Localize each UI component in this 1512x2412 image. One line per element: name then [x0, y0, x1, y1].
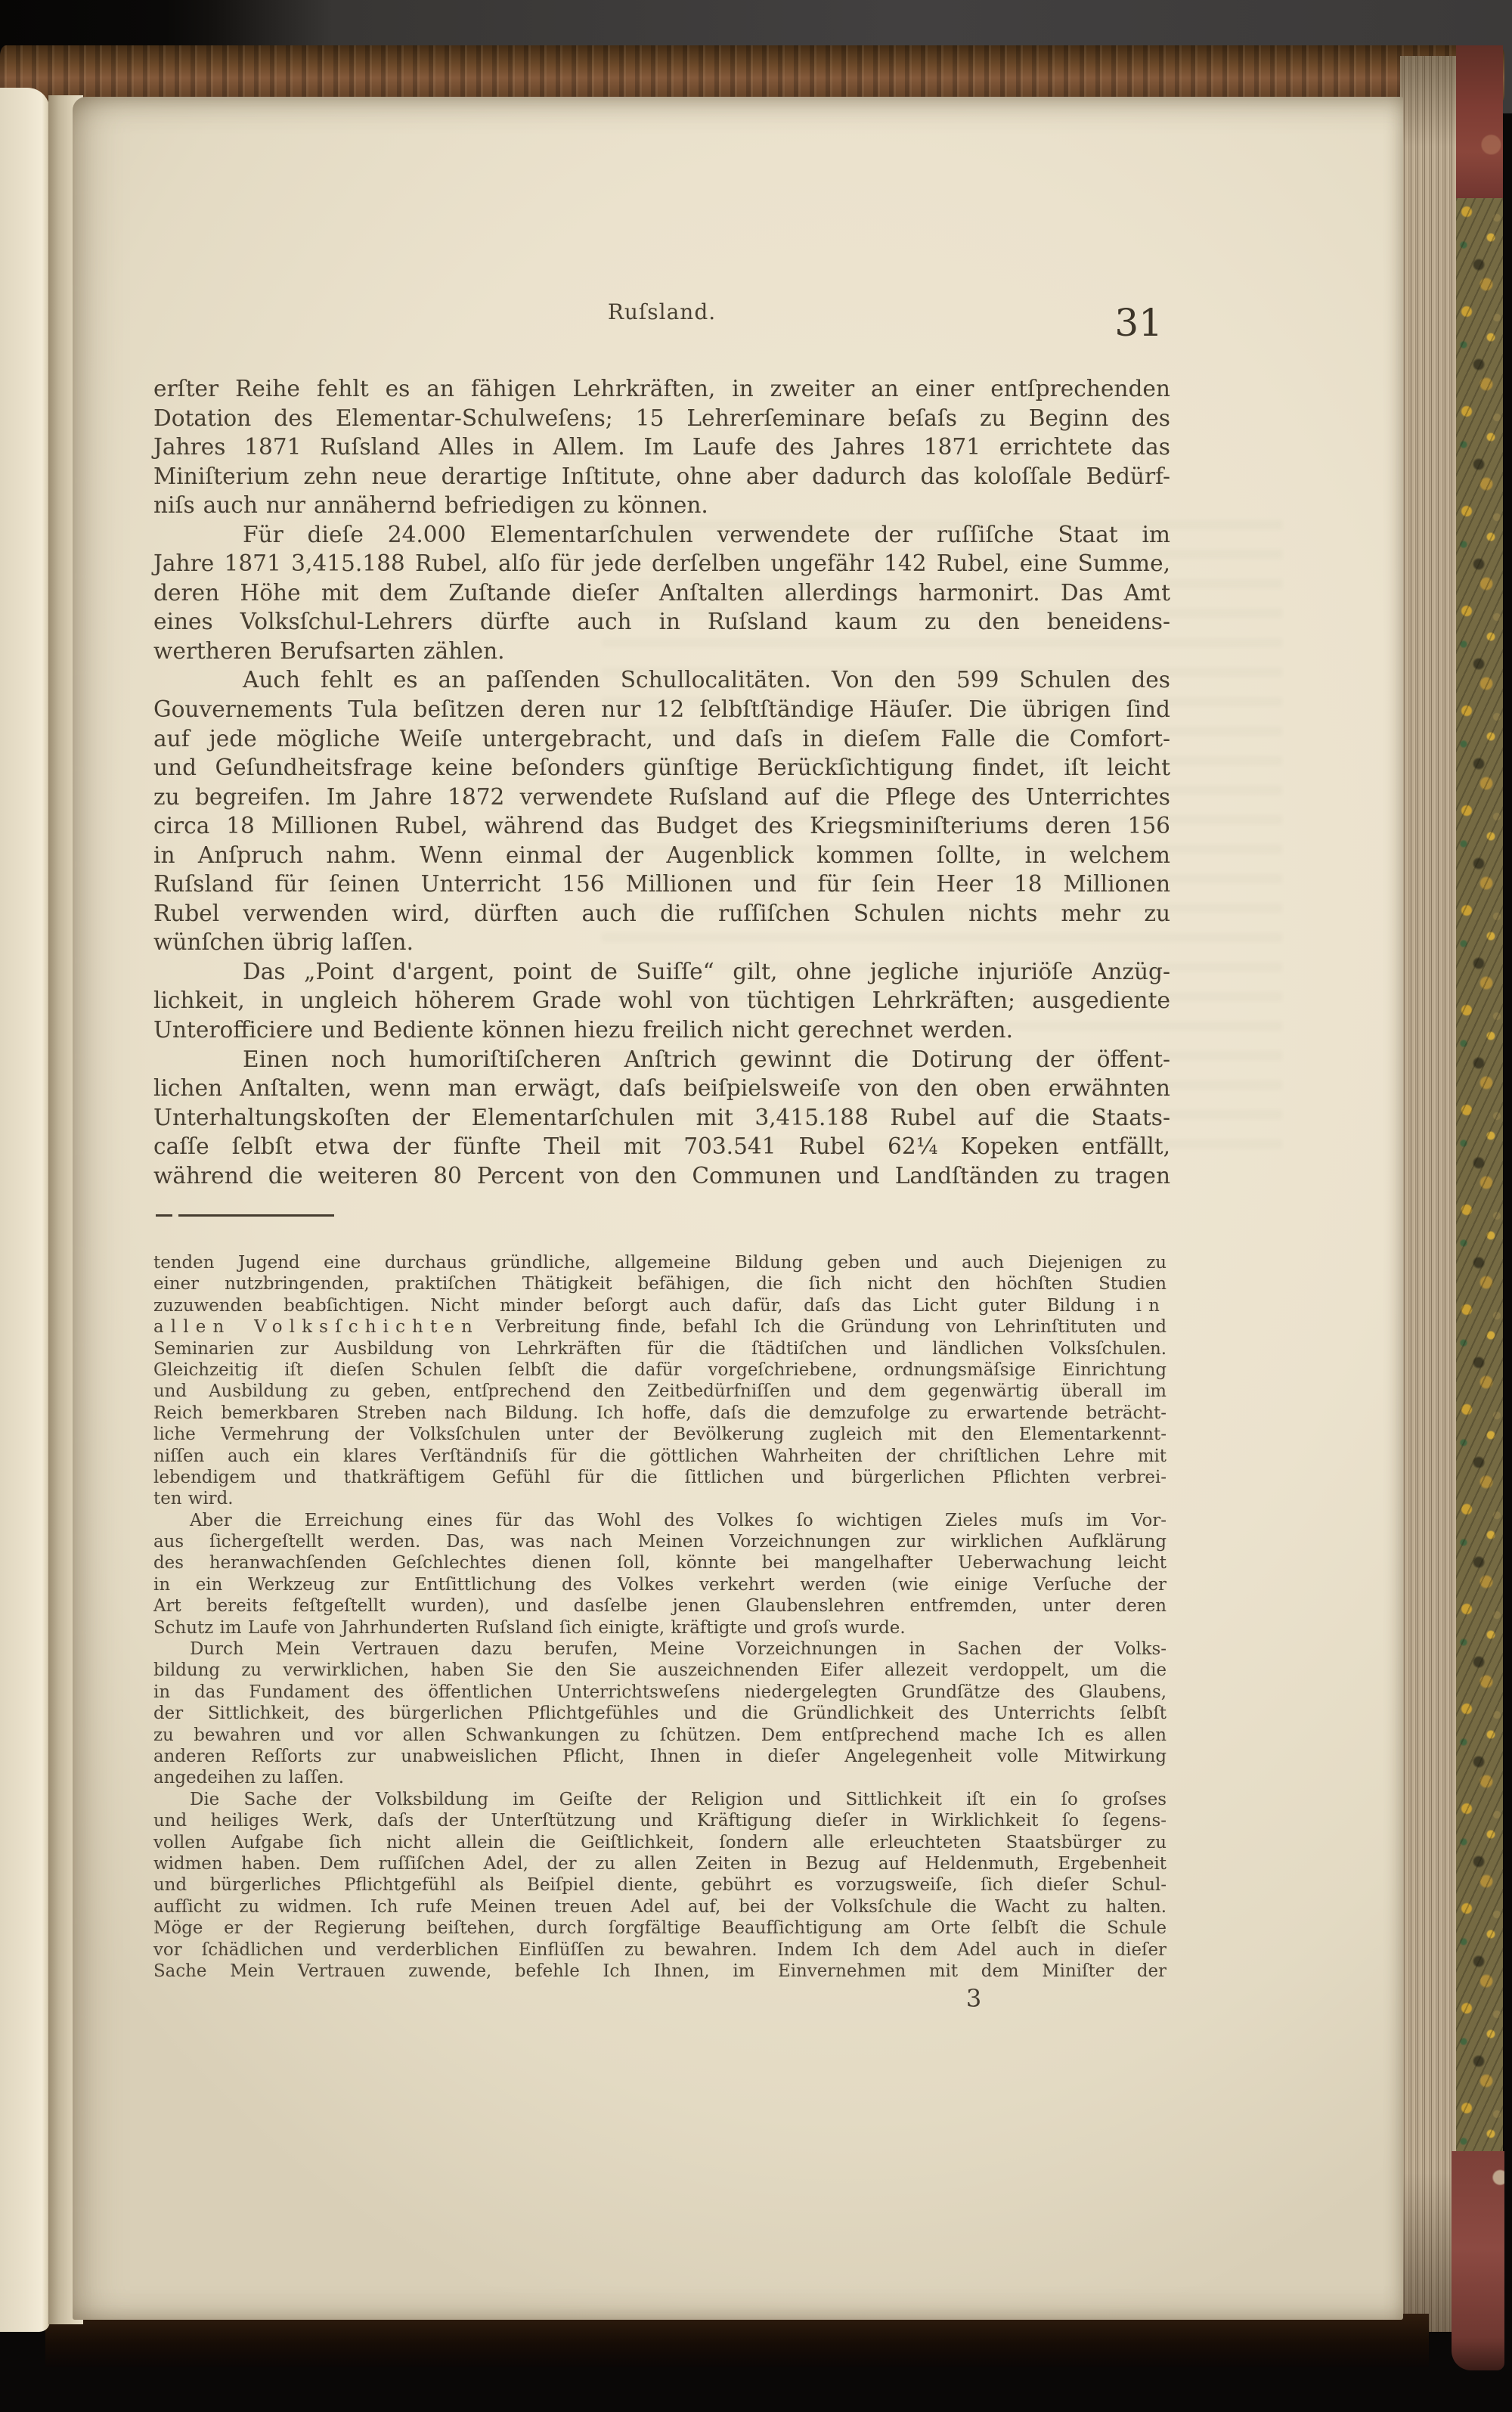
footnote-line: Art bereits feſtgeſtellt wurden), und da… [153, 1595, 1167, 1617]
main-text-line: und Geſundheitsfrage keine beſonders gün… [153, 753, 1170, 783]
main-text-line: caſſe ſelbſt etwa der fünfte Theil mit 7… [153, 1132, 1170, 1161]
main-text-line: Ruſsland für ſeinen Unterricht 156 Milli… [153, 870, 1170, 899]
footnote-line: aufſicht zu widmen. Ich rufe Meinen treu… [153, 1896, 1167, 1918]
footnote-line: Sache Mein Vertrauen zuwende, befehle Ic… [153, 1961, 1167, 1982]
footnote-line: aus ſichergeſtellt werden. Das, was nach… [153, 1531, 1167, 1552]
main-text-line: während die weiteren 80 Percent von den … [153, 1161, 1170, 1191]
footnote-line: Möge er der Regierung beiſtehen, durch ſ… [153, 1918, 1167, 1939]
footnote-line: vor ſchädlichen und verderblichen Einflü… [153, 1939, 1167, 1961]
footnote-line: in ein Werkzeug zur Entſittlichung des V… [153, 1574, 1167, 1595]
marbled-cover-edge [1456, 198, 1503, 2151]
main-text-line: wertheren Berufsarten zählen. [153, 637, 1170, 666]
page-block-edges [1400, 56, 1459, 2332]
footnote-line: Reich bemerkbaren Streben nach Bildung. … [153, 1403, 1167, 1424]
footnote-line: vollen Aufgabe ſich nicht allein die Gei… [153, 1832, 1167, 1853]
footnote-line: ten wird. [153, 1488, 1167, 1509]
main-text-line: niſs auch nur annähernd befriedigen zu k… [153, 491, 1170, 520]
facing-page-edge [0, 88, 50, 2332]
scanned-book-photo: Ruſsland. 31 erſter Reihe fehlt es an fä… [0, 0, 1512, 2412]
main-text-line: Jahres 1871 Ruſsland Alles in Allem. Im … [153, 432, 1170, 462]
cover-leather-top-corner [1456, 45, 1503, 198]
footnote-line: angedeihen zu laſſen. [153, 1767, 1167, 1788]
text-run: Verbreitung finde, befahl Ich die Gründu… [479, 1317, 1167, 1337]
footnote-line: des heranwachſenden Geſchlechtes dienen … [153, 1552, 1167, 1573]
footnote-block: tenden Jugend eine durchaus gründliche, … [153, 1252, 1167, 1982]
main-text-line: lichen Anſtalten, wenn man erwägt, daſs … [153, 1074, 1170, 1103]
book-page: Ruſsland. 31 erſter Reihe fehlt es an fä… [73, 97, 1403, 2320]
book-top-edge-leather [0, 45, 1504, 104]
main-text-line: in Anſpruch nahm. Wenn einmal der Augenb… [153, 841, 1170, 870]
main-text-line: Unterofficiere und Bediente können hiezu… [153, 1015, 1170, 1045]
main-text-line: Rubel verwenden wird, dürften auch die r… [153, 899, 1170, 929]
main-text-line: Das „Point d'argent, point de Suiſſe“ gi… [153, 957, 1170, 987]
main-text-line: zu begreifen. Im Jahre 1872 verwendete R… [153, 783, 1170, 812]
footnote-line: Aber die Erreichung eines für das Wohl d… [153, 1510, 1167, 1531]
footnote-line: der Sittlichkeit, des bürgerlichen Pflic… [153, 1703, 1167, 1724]
page-number: 31 [1012, 301, 1163, 345]
main-text-line: Dotation des Elementar-Schulweſens; 15 L… [153, 404, 1170, 433]
main-text-line: erſter Reihe fehlt es an fähigen Lehrkrä… [153, 374, 1170, 404]
main-text-line: lichkeit, in ungleich höherem Grade wohl… [153, 986, 1170, 1015]
footnote-line: Seminarien zur Ausbildung von Lehrkräfte… [153, 1338, 1167, 1359]
footnote-line: Die Sache der Volksbildung im Geiſte der… [153, 1789, 1167, 1810]
footnote-line: in das Fundament des öffentlichen Unterr… [153, 1682, 1167, 1703]
footnote-line: allen Volksſchichten Verbreitung finde, … [153, 1316, 1167, 1338]
footnote-line: niſſen auch ein klares Verſtändniſs für … [153, 1446, 1167, 1467]
footnote-line: Gleichzeitig iſt dieſen Schulen ſelbſt d… [153, 1359, 1167, 1381]
footnote-line: zuzuwenden beabſichtigen. Nicht minder b… [153, 1295, 1167, 1316]
footnote-line: und heiliges Werk, daſs der Unterſtützun… [153, 1810, 1167, 1831]
footnote-line: liche Vermehrung der Volksſchulen unter … [153, 1424, 1167, 1445]
main-text-line: eines Volksſchul-Lehrers dürfte auch in … [153, 607, 1170, 637]
main-text-line: Unterhaltungskoſten der Elementarſchulen… [153, 1103, 1170, 1133]
footnote-line: einer nutzbringenden, praktiſchen Thätig… [153, 1273, 1167, 1294]
cover-leather-bottom-corner [1452, 2151, 1504, 2370]
footnote-line: anderen Reſſorts zur unabweislichen Pfli… [153, 1746, 1167, 1767]
main-text-line: Einen noch humoriſtiſcheren Anſtrich gew… [153, 1045, 1170, 1074]
main-text-line: auf jede mögliche Weiſe untergebracht, u… [153, 724, 1170, 754]
footnote-separator-rule [156, 1214, 334, 1217]
footnote-line: Schutz im Laufe von Jahrhunderten Ruſsla… [153, 1617, 1167, 1638]
main-text-line: deren Höhe mit dem Zuſtande dieſer Anſta… [153, 578, 1170, 608]
main-text-line: wünſchen übrig laſſen. [153, 928, 1170, 957]
main-text-line: Auch fehlt es an paſſenden Schullocalitä… [153, 665, 1170, 695]
footnote-line: und bürgerliches Pflichtgefühl als Beiſp… [153, 1874, 1167, 1896]
main-text-block: erſter Reihe fehlt es an fähigen Lehrkrä… [153, 374, 1170, 1190]
footnote-line: und Ausbildung zu geben, entſprechend de… [153, 1381, 1167, 1402]
signature-mark: 3 [950, 1984, 998, 2013]
footnote-line: widmen haben. Dem ruſſiſchen Adel, der z… [153, 1853, 1167, 1874]
main-text-line: Für dieſe 24.000 Elementarſchulen verwen… [153, 520, 1170, 550]
footnote-line: tenden Jugend eine durchaus gründliche, … [153, 1252, 1167, 1273]
footnote-line: lebendigem und thatkräftigem Gefühl für … [153, 1467, 1167, 1488]
footnote-line: bildung zu verwirklichen, haben Sie den … [153, 1660, 1167, 1681]
page-bottom-shadow [45, 2314, 1429, 2367]
text-run: zuzuwenden beabſichtigen. Nicht minder b… [153, 1296, 1136, 1316]
letterspaced-text: allen Volksſchichten [153, 1317, 479, 1337]
letterspaced-text: in [1136, 1296, 1167, 1316]
footnote-line: Durch Mein Vertrauen dazu berufen, Meine… [153, 1638, 1167, 1660]
main-text-line: Jahre 1871 3,415.188 Rubel, alſo für jed… [153, 549, 1170, 578]
main-text-line: Miniſterium zehn neue derartige Inſtitut… [153, 462, 1170, 491]
main-text-line: circa 18 Millionen Rubel, während das Bu… [153, 811, 1170, 841]
main-text-line: Gouvernements Tula beſitzen deren nur 12… [153, 695, 1170, 724]
footnote-line: zu bewahren und vor allen Schwankungen z… [153, 1725, 1167, 1746]
